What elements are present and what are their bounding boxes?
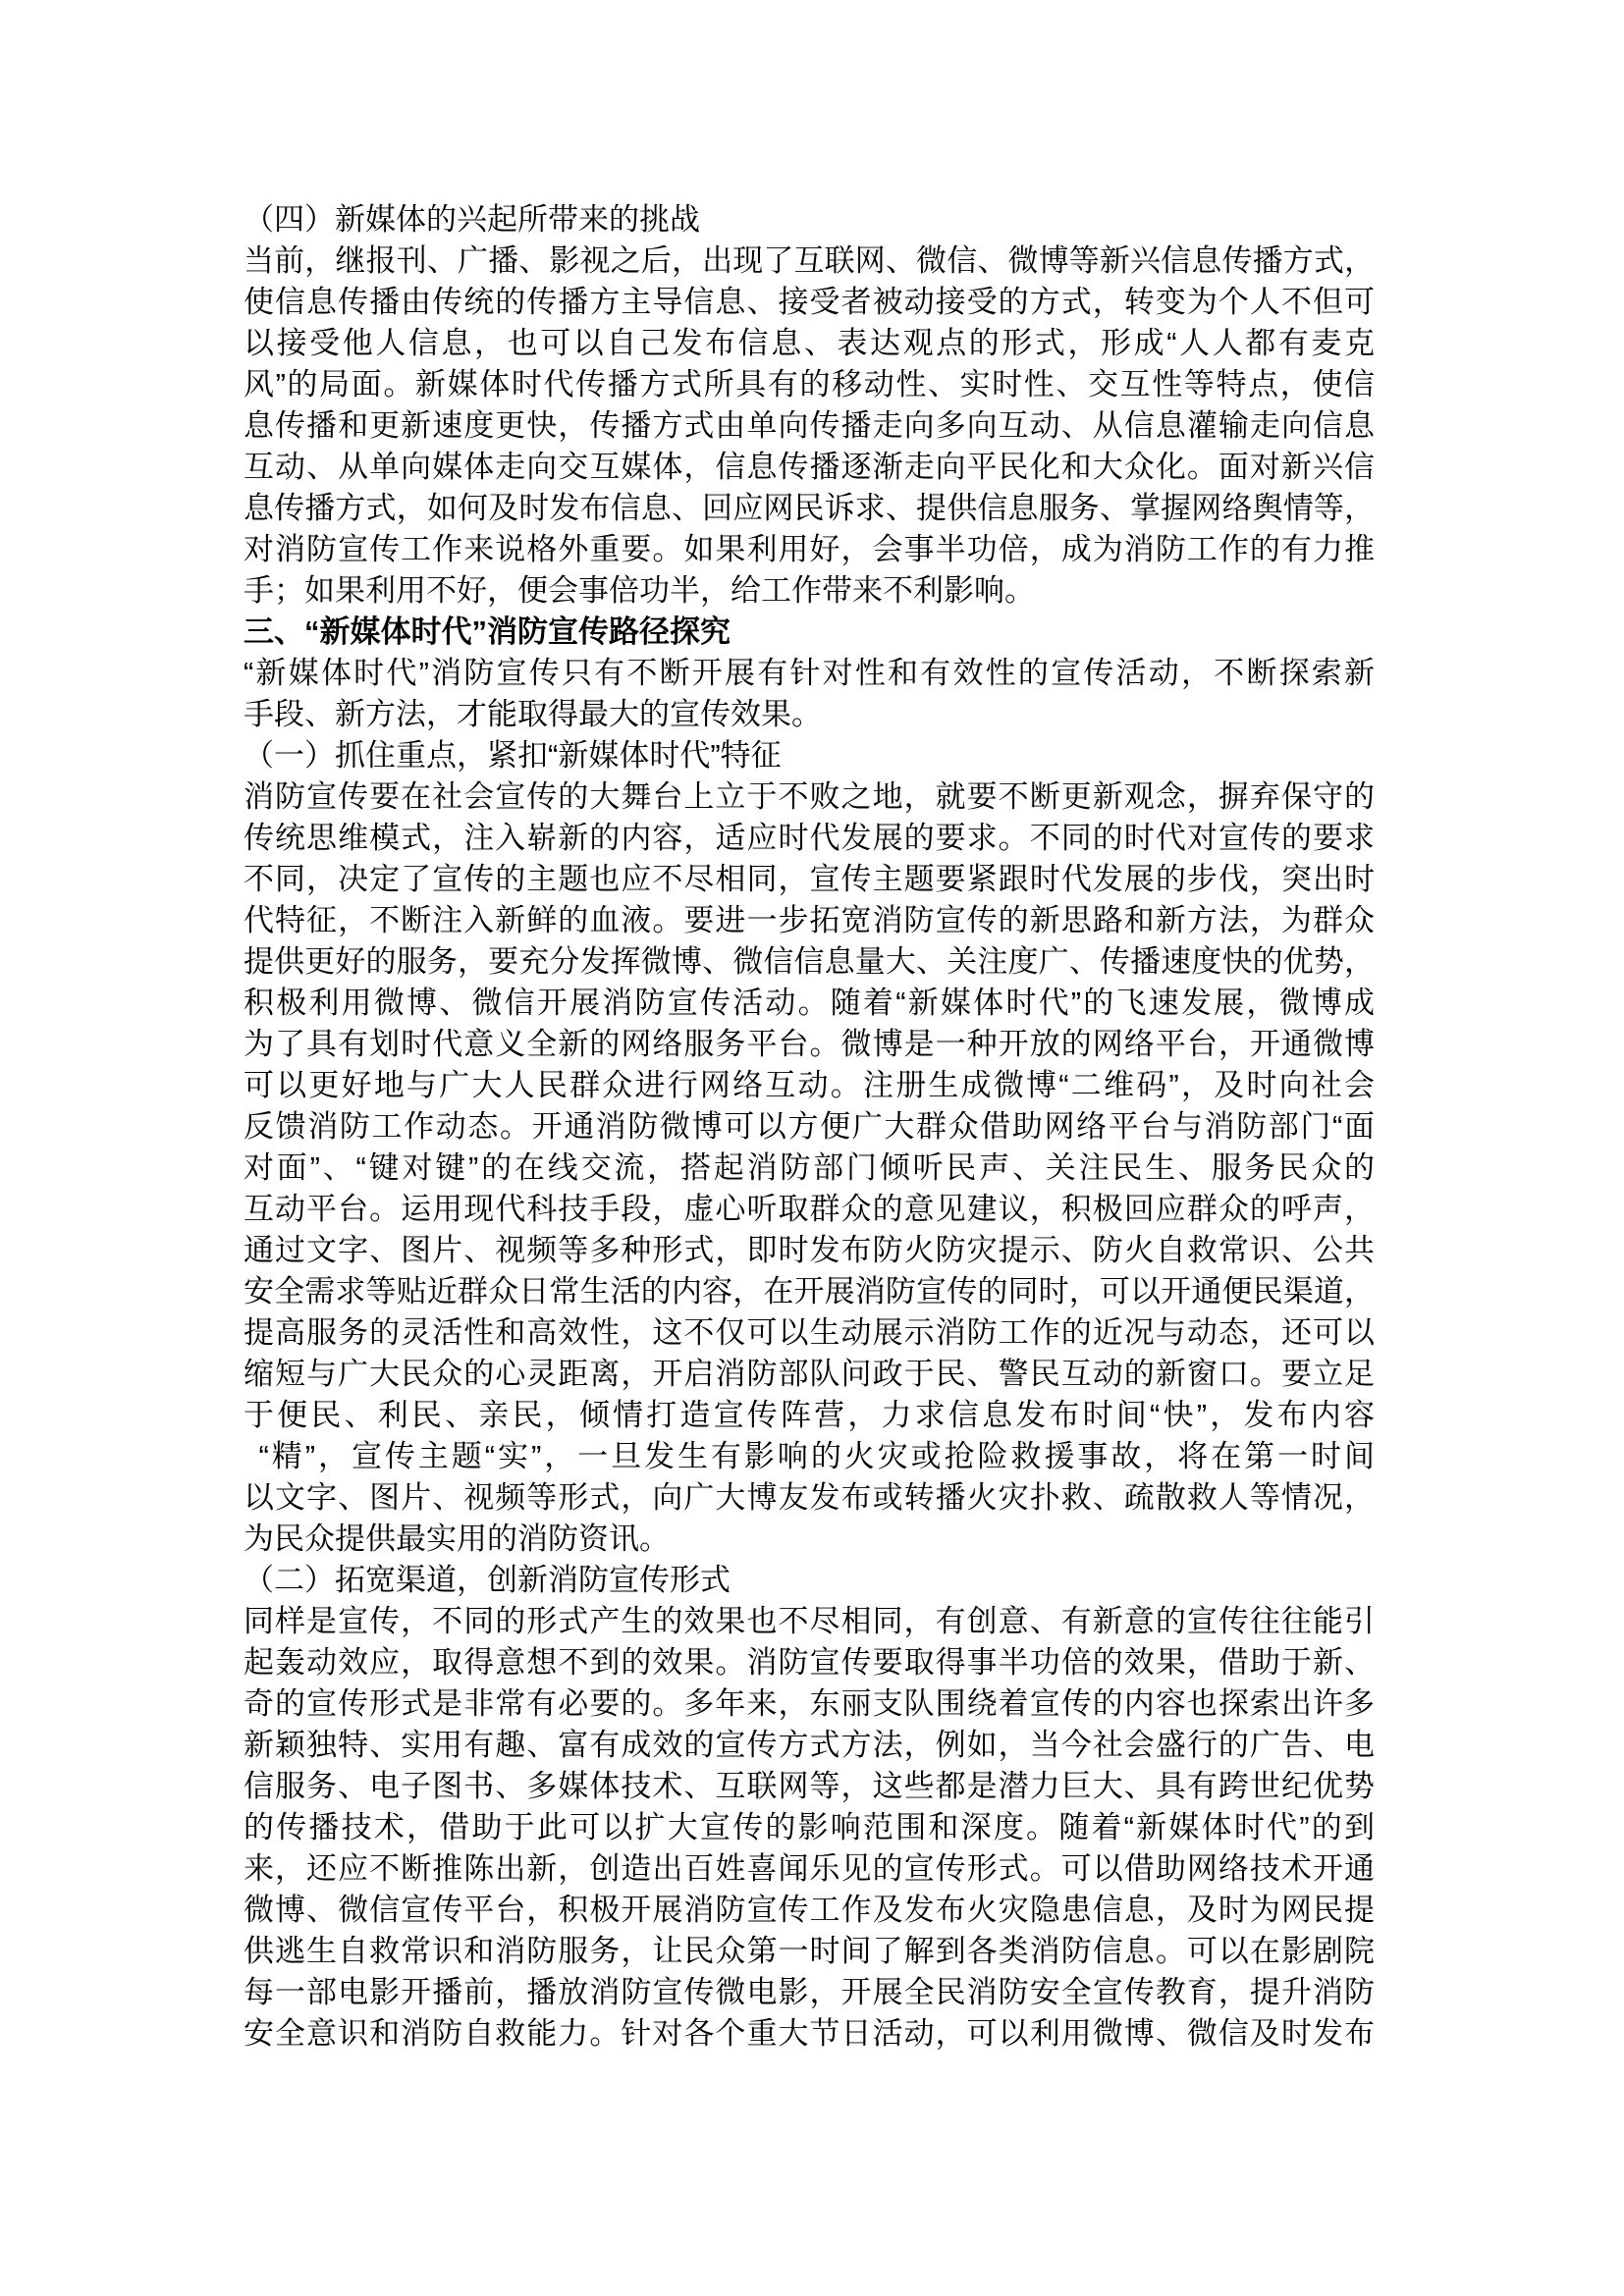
text-line: 手段、新方法，才能取得最大的宣传效果。 — [244, 694, 1375, 735]
text-line: 代特征，不断注入新鲜的血液。要进一步拓宽消防宣传的新思路和新方法，为群众 — [244, 900, 1375, 941]
text-line: 安全意识和消防自救能力。针对各个重大节日活动，可以利用微博、微信及时发布 — [244, 2013, 1375, 2055]
section-heading: 三、“新媒体时代”消防宣传路径探究 — [244, 612, 1375, 653]
sub-section-heading: （二）拓宽渠道，创新消防宣传形式 — [244, 1560, 1375, 1601]
text-line: 以文字、图片、视频等形式，向广大博友发布或转播火灾扑救、疏散救人等情况， — [244, 1477, 1375, 1519]
text-line: 通过文字、图片、视频等多种形式，即时发布防火防灾提示、防火自救常识、公共 — [244, 1230, 1375, 1271]
text-line: 消防宣传要在社会宣传的大舞台上立于不败之地，就要不断更新观念，摒弃保守的 — [244, 776, 1375, 818]
text-line: 可以更好地与广大人民群众进行网络互动。注册生成微博“二维码”，及时向社会 — [244, 1065, 1375, 1106]
document-body: （四）新媒体的兴起所带来的挑战当前，继报刊、广播、影视之后，出现了互联网、微信、… — [244, 199, 1375, 2055]
text-line: 互动、从单向媒体走向交互媒体，信息传播逐渐走向平民化和大众化。面对新兴信 — [244, 447, 1375, 488]
text-line: 当前，继报刊、广播、影视之后，出现了互联网、微信、微博等新兴信息传播方式， — [244, 240, 1375, 282]
text-line: 微博、微信宣传平台，积极开展消防宣传工作及发布火灾隐患信息，及时为网民提 — [244, 1890, 1375, 1931]
text-line: 为民众提供最实用的消防资讯。 — [244, 1519, 1375, 1560]
text-line: 互动平台。运用现代科技手段，虚心听取群众的意见建议，积极回应群众的呼声， — [244, 1189, 1375, 1230]
sub-section-heading: （四）新媒体的兴起所带来的挑战 — [244, 199, 1375, 240]
text-line: 传统思维模式，注入崭新的内容，适应时代发展的要求。不同的时代对宣传的要求 — [244, 818, 1375, 859]
document-page: （四）新媒体的兴起所带来的挑战当前，继报刊、广播、影视之后，出现了互联网、微信、… — [0, 0, 1624, 2296]
text-line: 对消防宣传工作来说格外重要。如果利用好，会事半功倍，成为消防工作的有力推 — [244, 529, 1375, 570]
text-line: 使信息传播由传统的传播方主导信息、接受者被动接受的方式，转变为个人不但可 — [244, 282, 1375, 323]
text-line: 供逃生自救常识和消防服务，让民众第一时间了解到各类消防信息。可以在影剧院 — [244, 1931, 1375, 1972]
text-line: 每一部电影开播前，播放消防宣传微电影，开展全民消防安全宣传教育，提升消防 — [244, 1972, 1375, 2013]
text-line: 新颖独特、实用有趣、富有成效的宣传方式方法，例如，当今社会盛行的广告、电 — [244, 1725, 1375, 1766]
text-line: 不同，决定了宣传的主题也应不尽相同，宣传主题要紧跟时代发展的步伐，突出时 — [244, 859, 1375, 900]
text-line: 手；如果利用不好，便会事倍功半，给工作带来不利影响。 — [244, 570, 1375, 612]
text-line: 提高服务的灵活性和高效性，这不仅可以生动展示消防工作的近况与动态，还可以 — [244, 1312, 1375, 1354]
text-line: 提供更好的服务，要充分发挥微博、微信信息量大、关注度广、传播速度快的优势， — [244, 941, 1375, 983]
text-line: 息传播和更新速度更快，传播方式由单向传播走向多向互动、从信息灌输走向信息 — [244, 405, 1375, 447]
text-line: 对面”、“键对键”的在线交流，搭起消防部门倾听民声、关注民生、服务民众的 — [244, 1148, 1375, 1189]
text-line: 风”的局面。新媒体时代传播方式所具有的移动性、实时性、交互性等特点，使信 — [244, 364, 1375, 405]
text-line: 奇的宣传形式是非常有必要的。多年来，东丽支队围绕着宣传的内容也探索出许多 — [244, 1683, 1375, 1725]
text-line: 以接受他人信息，也可以自己发布信息、表达观点的形式，形成“人人都有麦克 — [244, 323, 1375, 364]
text-line: 安全需求等贴近群众日常生活的内容，在开展消防宣传的同时，可以开通便民渠道， — [244, 1271, 1375, 1312]
text-line: 来，还应不断推陈出新，创造出百姓喜闻乐见的宣传形式。可以借助网络技术开通 — [244, 1848, 1375, 1890]
text-line: 缩短与广大民众的心灵距离，开启消防部队问政于民、警民互动的新窗口。要立足 — [244, 1354, 1375, 1395]
text-line: 起轰动效应，取得意想不到的效果。消防宣传要取得事半功倍的效果，借助于新、 — [244, 1642, 1375, 1683]
text-line: “精”，宣传主题“实”，一旦发生有影响的火灾或抢险救援事故，将在第一时间 — [244, 1436, 1375, 1477]
text-line: 于便民、利民、亲民，倾情打造宣传阵营，力求信息发布时间“快”，发布内容 — [244, 1395, 1375, 1436]
text-line: 同样是宣传，不同的形式产生的效果也不尽相同，有创意、有新意的宣传往往能引 — [244, 1601, 1375, 1642]
text-line: 信服务、电子图书、多媒体技术、互联网等，这些都是潜力巨大、具有跨世纪优势 — [244, 1766, 1375, 1807]
text-line: 反馈消防工作动态。开通消防微博可以方便广大群众借助网络平台与消防部门“面 — [244, 1106, 1375, 1148]
text-line: 息传播方式，如何及时发布信息、回应网民诉求、提供信息服务、掌握网络舆情等， — [244, 488, 1375, 529]
sub-section-heading: （一）抓住重点，紧扣“新媒体时代”特征 — [244, 735, 1375, 776]
text-line: 的传播技术，借助于此可以扩大宣传的影响范围和深度。随着“新媒体时代”的到 — [244, 1807, 1375, 1848]
text-line: 积极利用微博、微信开展消防宣传活动。随着“新媒体时代”的飞速发展，微博成 — [244, 983, 1375, 1024]
text-line: “新媒体时代”消防宣传只有不断开展有针对性和有效性的宣传活动，不断探索新 — [244, 653, 1375, 694]
text-line: 为了具有划时代意义全新的网络服务平台。微博是一种开放的网络平台，开通微博 — [244, 1024, 1375, 1065]
